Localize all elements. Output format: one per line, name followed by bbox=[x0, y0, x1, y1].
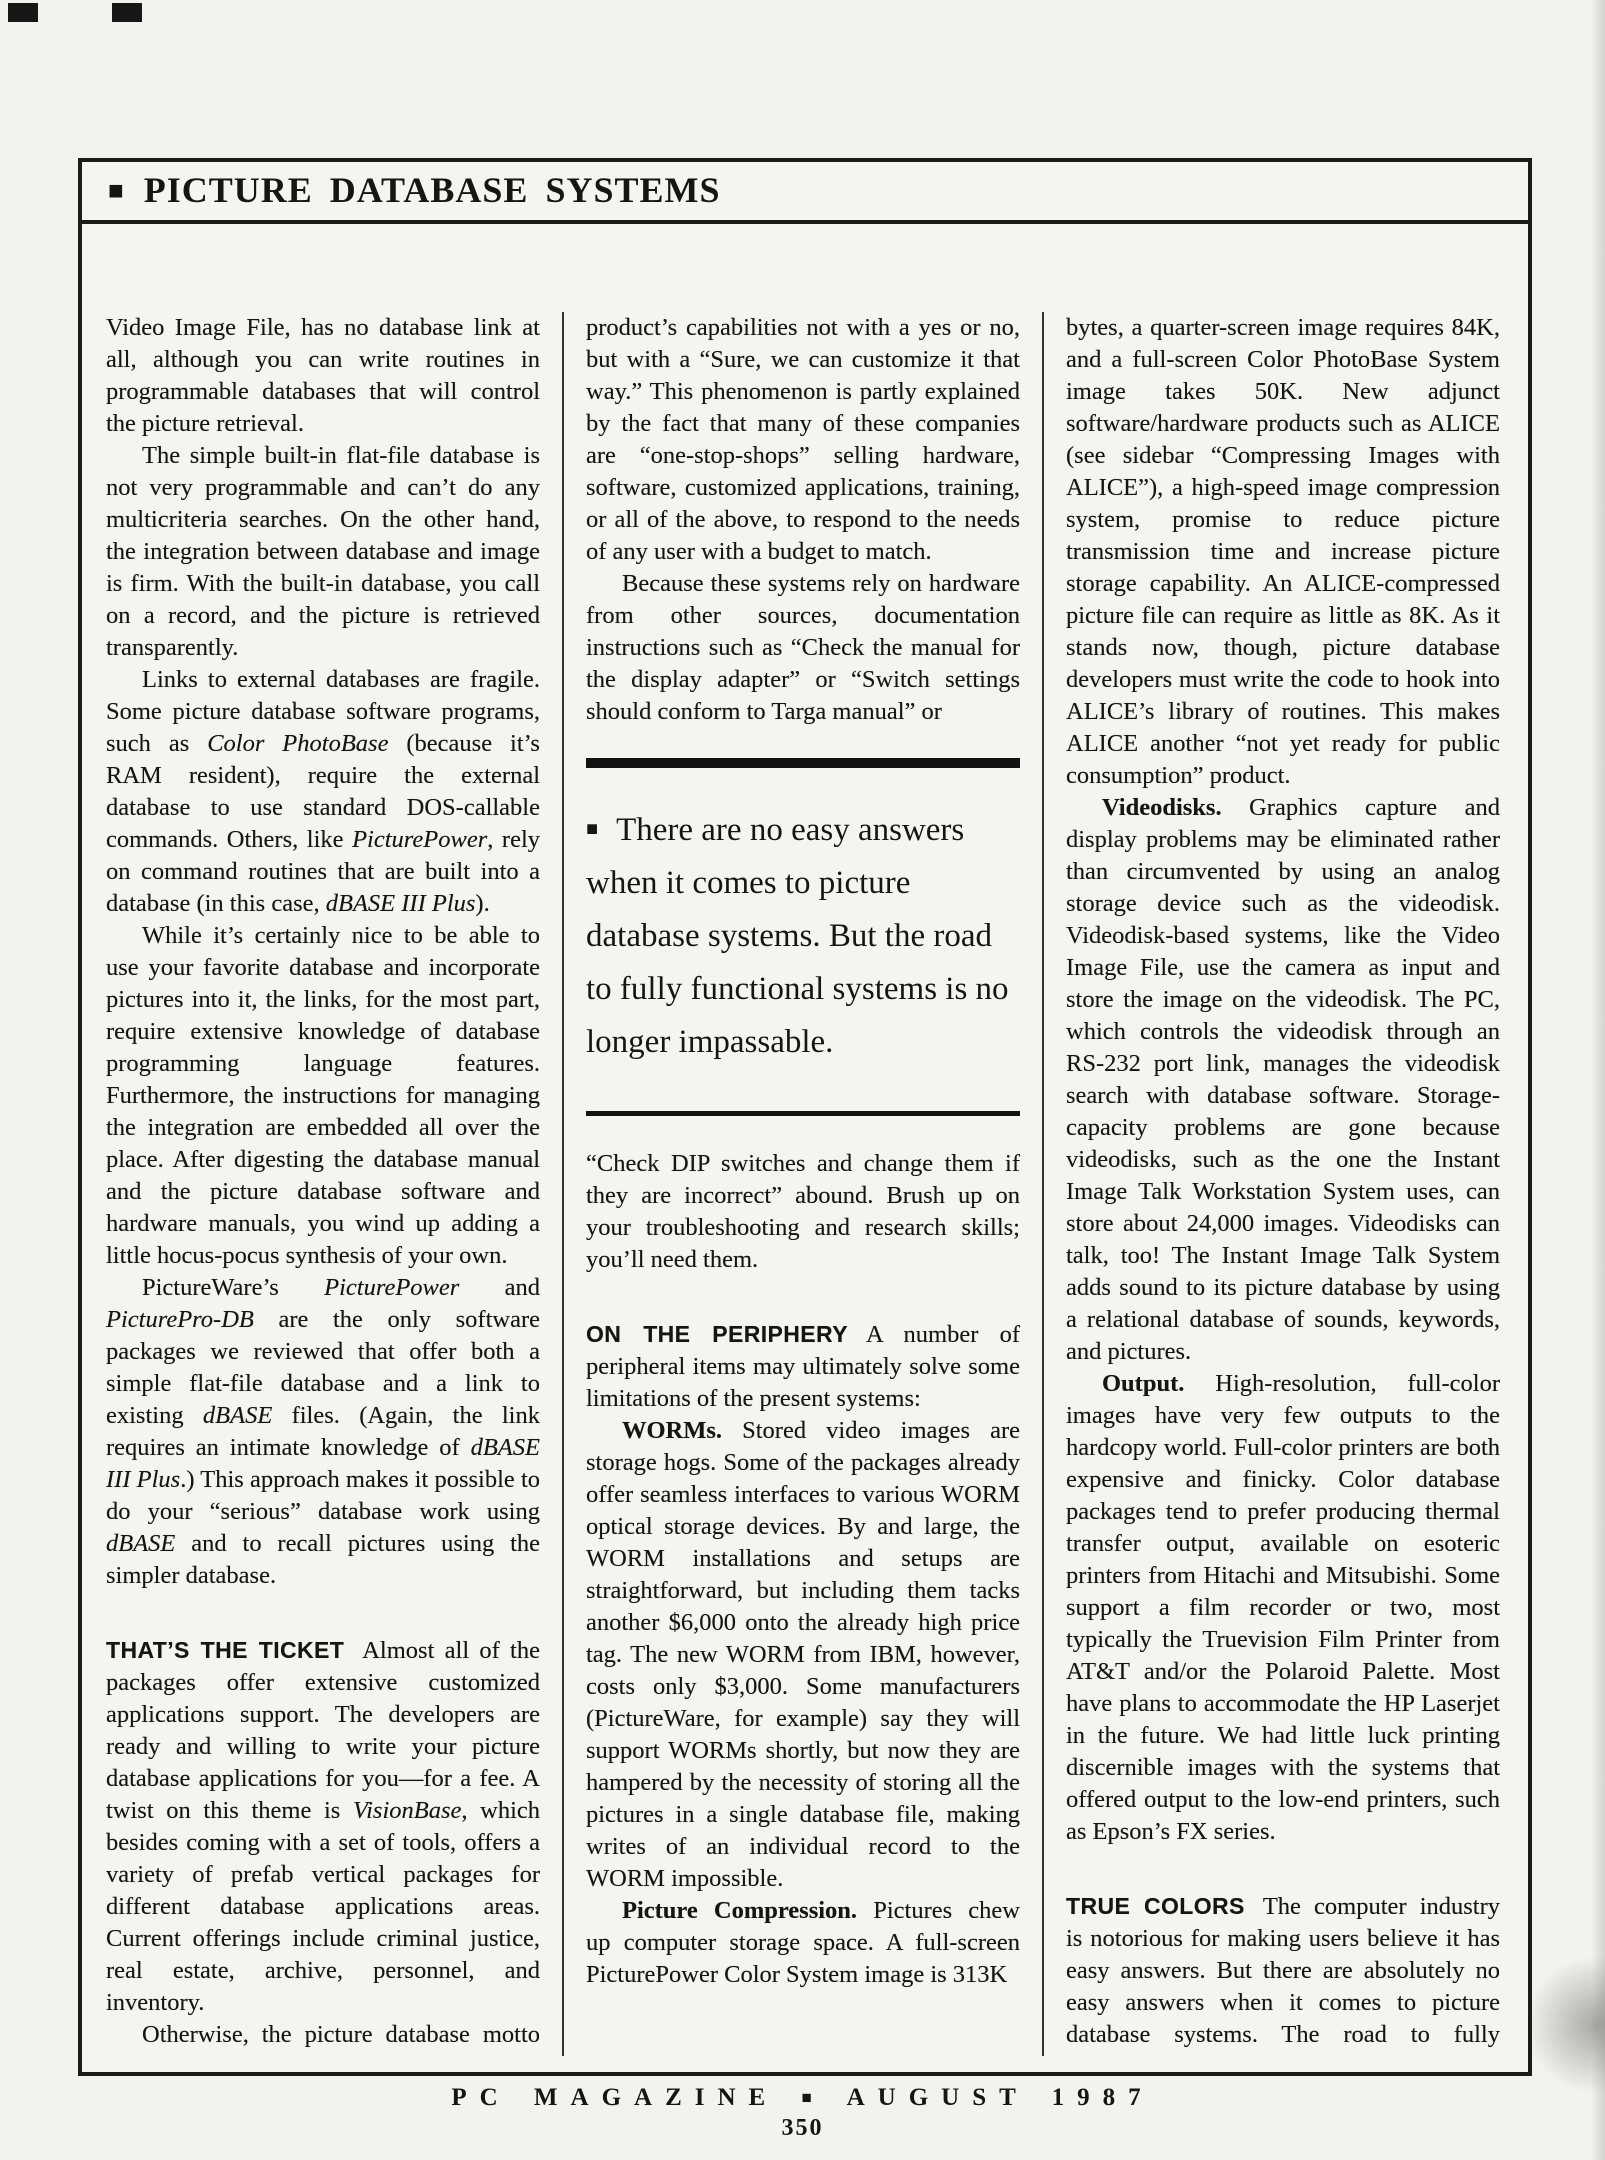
text-run: dBASE III Plus bbox=[326, 890, 476, 917]
pull-quote: ■There are no easy answers when it comes… bbox=[586, 758, 1020, 1116]
body-paragraph: Links to external databases are fragile.… bbox=[106, 664, 540, 920]
body-paragraph: Picture Compression. Pictures chew up co… bbox=[586, 1895, 1020, 1991]
text-run: Stored video images are storage hogs. So… bbox=[586, 1417, 1020, 1892]
text-run: While it’s certainly nice to be able to … bbox=[106, 922, 540, 1269]
text-run: “Check DIP switches and change them if t… bbox=[586, 1150, 1020, 1273]
body-paragraph: Videodisks. Graphics capture and display… bbox=[1066, 792, 1500, 1368]
page-footer: PC MAGAZINE ■ AUGUST 1987 350 bbox=[0, 2084, 1605, 2142]
section-heading: TRUE COLORS bbox=[1066, 1893, 1263, 1919]
text-run: Otherwise, the picture database motto se… bbox=[106, 2021, 540, 2056]
text-run: Output. bbox=[1102, 1370, 1184, 1397]
text-run: Almost all of the packages offer extensi… bbox=[106, 1637, 540, 1824]
text-run: WORMs. bbox=[622, 1417, 722, 1444]
column-3: bytes, a quarter-screen image requires 8… bbox=[1042, 312, 1502, 2056]
text-run: Graphics capture and display problems ma… bbox=[1066, 794, 1500, 1365]
text-run: Picture Compression. bbox=[622, 1897, 857, 1924]
body-paragraph: Video Image File, has no database link a… bbox=[106, 312, 540, 440]
text-run: PictureWare’s bbox=[142, 1274, 324, 1301]
body-paragraph: bytes, a quarter-screen image requires 8… bbox=[1066, 312, 1500, 792]
text-run: Color PhotoBase bbox=[207, 730, 388, 757]
header-square-bullet-icon: ■ bbox=[108, 178, 124, 204]
body-paragraph: “Check DIP switches and change them if t… bbox=[586, 1148, 1020, 1276]
section-paragraph: ON THE PERIPHERYA number of peripheral i… bbox=[586, 1318, 1020, 1415]
text-run: ). bbox=[475, 890, 489, 917]
section-paragraph: TRUE COLORSThe computer industry is noto… bbox=[1066, 1890, 1500, 2056]
column-2: product’s capabilities not with a yes or… bbox=[562, 312, 1042, 2056]
body-paragraph: Because these systems rely on hardware f… bbox=[586, 568, 1020, 728]
page-title: PICTURE DATABASE SYSTEMS bbox=[144, 170, 721, 210]
text-run: VisionBase bbox=[353, 1797, 461, 1824]
text-run: PicturePower bbox=[352, 826, 487, 853]
text-run: dBASE bbox=[203, 1402, 272, 1429]
text-run: PicturePro-DB bbox=[106, 1306, 254, 1333]
article-frame: ■ PICTURE DATABASE SYSTEMS Video Image F… bbox=[78, 158, 1532, 2076]
scan-artifact-mark bbox=[112, 3, 142, 22]
footer-magazine-name: PC MAGAZINE bbox=[451, 2084, 778, 2111]
scan-smudge bbox=[1525, 1955, 1605, 2095]
body-paragraph: Otherwise, the picture database motto se… bbox=[106, 2019, 540, 2056]
scan-artifact-mark bbox=[8, 3, 38, 22]
section-paragraph: THAT’S THE TICKETAlmost all of the packa… bbox=[106, 1634, 540, 2019]
section-heading: THAT’S THE TICKET bbox=[106, 1637, 362, 1663]
body-paragraph: WORMs. Stored video images are storage h… bbox=[586, 1415, 1020, 1895]
text-run: , which besides coming with a set of too… bbox=[106, 1797, 540, 2016]
pull-quote-square-bullet-icon: ■ bbox=[586, 818, 598, 840]
body-paragraph: While it’s certainly nice to be able to … bbox=[106, 920, 540, 1272]
text-run: Because these systems rely on hardware f… bbox=[586, 570, 1020, 725]
text-run: High-resolution, full-color images have … bbox=[1066, 1370, 1500, 1845]
section-heading: ON THE PERIPHERY bbox=[586, 1321, 866, 1347]
text-run: The simple built-in flat-file database i… bbox=[106, 442, 540, 661]
footer-square-bullet-icon: ■ bbox=[801, 2088, 824, 2107]
text-run: PicturePower bbox=[324, 1274, 459, 1301]
footer-page-number: 350 bbox=[0, 2115, 1605, 2142]
text-run: product’s capabilities not with a yes or… bbox=[586, 314, 1020, 565]
article-header: ■ PICTURE DATABASE SYSTEMS bbox=[82, 162, 1528, 224]
text-run: bytes, a quarter-screen image requires 8… bbox=[1066, 314, 1500, 789]
body-paragraph: PictureWare’s PicturePower and PicturePr… bbox=[106, 1272, 540, 1592]
text-run: dBASE bbox=[106, 1530, 175, 1557]
body-paragraph: product’s capabilities not with a yes or… bbox=[586, 312, 1020, 568]
scan-edge-shadow bbox=[1591, 0, 1605, 2160]
body-paragraph: Output. High-resolution, full-color imag… bbox=[1066, 1368, 1500, 1848]
text-run: Videodisks. bbox=[1102, 794, 1222, 821]
column-1: Video Image File, has no database link a… bbox=[106, 312, 562, 2056]
footer-magazine-line: PC MAGAZINE ■ AUGUST 1987 bbox=[0, 2084, 1605, 2112]
text-run: Video Image File, has no database link a… bbox=[106, 314, 540, 437]
footer-issue-date: AUGUST 1987 bbox=[847, 2084, 1154, 2111]
text-run: and bbox=[459, 1274, 540, 1301]
pull-quote-text: There are no easy answers when it comes … bbox=[586, 812, 1009, 1060]
article-columns: Video Image File, has no database link a… bbox=[82, 224, 1528, 2072]
body-paragraph: The simple built-in flat-file database i… bbox=[106, 440, 540, 664]
